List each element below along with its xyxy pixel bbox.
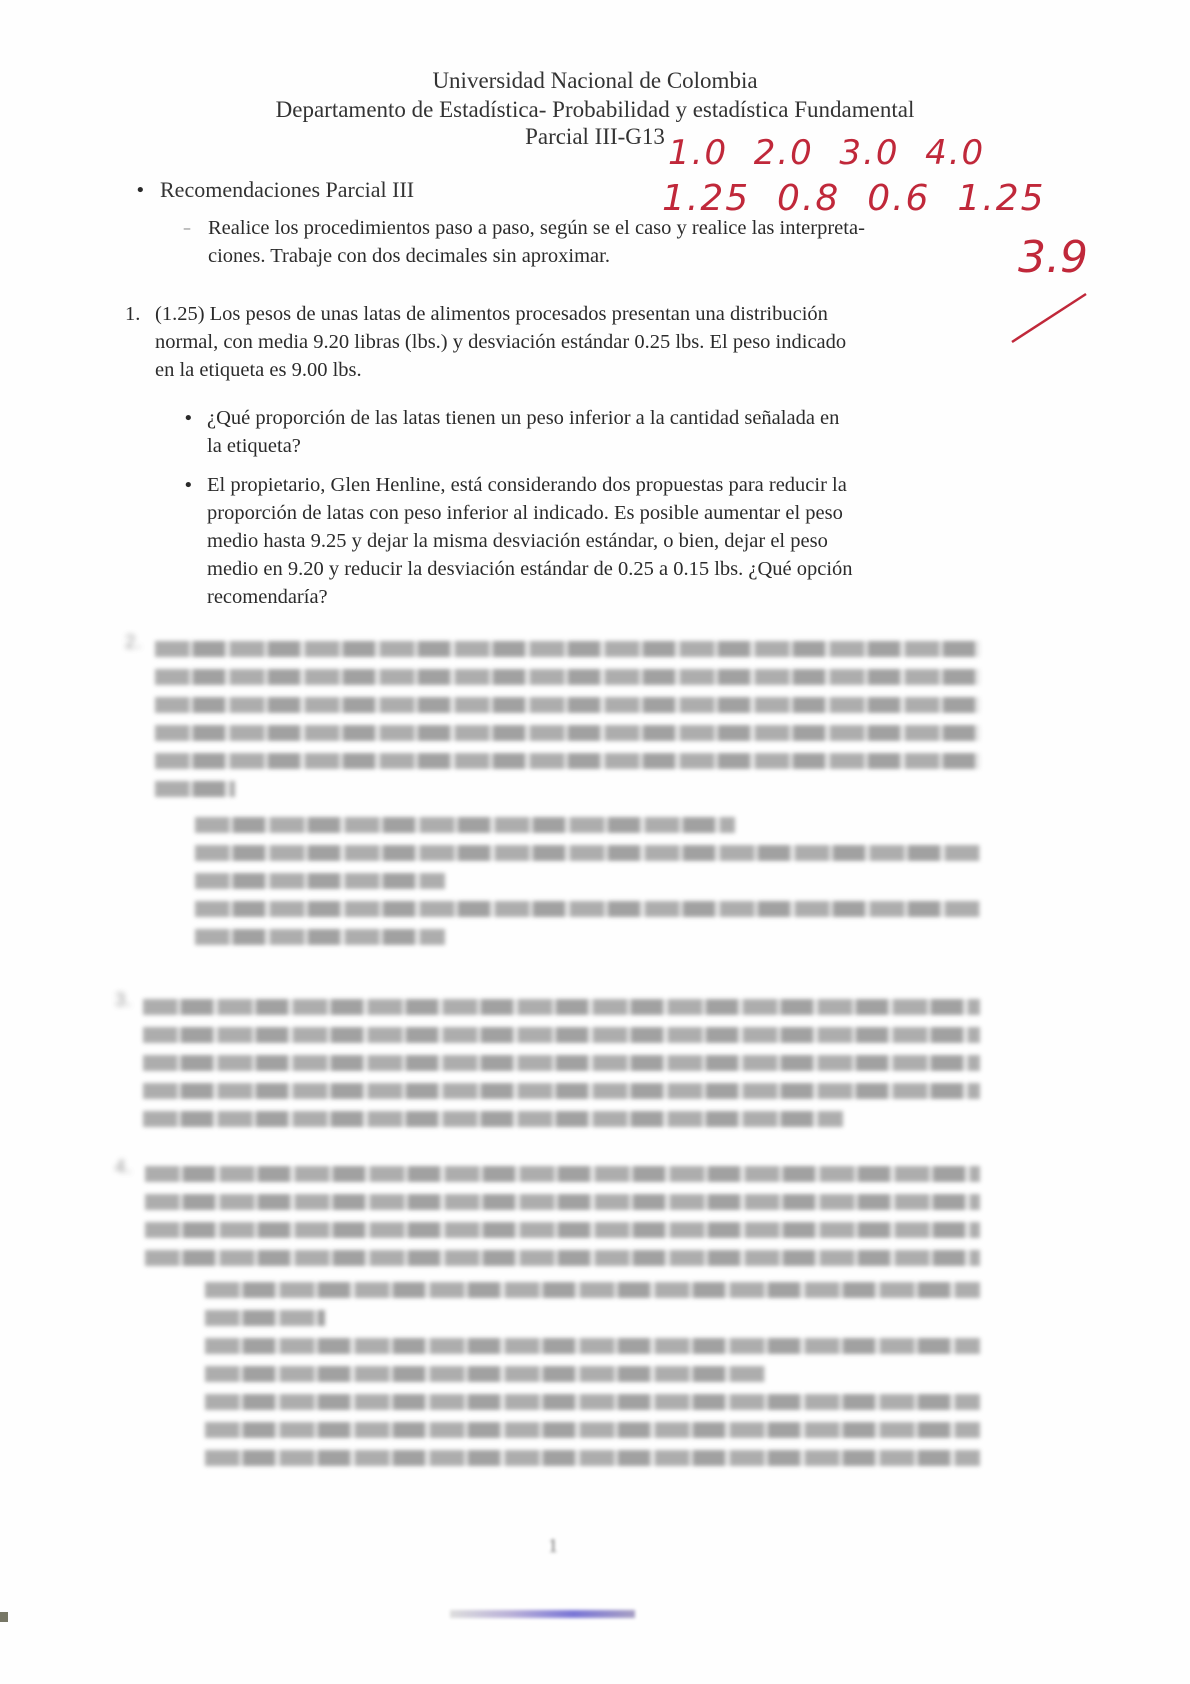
recommendations-title: Recomendaciones Parcial III: [160, 177, 414, 203]
question-1b-line: proporción de latas con peso inferior al…: [207, 499, 853, 527]
scan-artifact: [450, 1610, 635, 1618]
question-4-redacted: 4.: [115, 1160, 980, 1478]
question-2-redacted: 2.: [125, 635, 980, 957]
question-1-points: (1.25): [155, 303, 205, 325]
score-q3: 0.6: [867, 178, 930, 219]
question-1b: El propietario, Glen Henline, está consi…: [207, 471, 853, 611]
dash-icon: –: [183, 218, 191, 237]
bullet-icon: •: [183, 475, 194, 496]
handwritten-max-points: 1.0 2.0 3.0 4.0: [668, 133, 985, 173]
max-q1: 1.0: [668, 133, 728, 173]
page-number: 1: [548, 1535, 558, 1558]
question-4-number: 4.: [115, 1154, 132, 1182]
score-q2: 0.8: [777, 178, 840, 219]
bullet-icon: •: [183, 408, 194, 429]
question-3-number: 3.: [115, 987, 132, 1015]
max-q3: 3.0: [839, 133, 899, 173]
scan-artifact: [0, 1612, 8, 1622]
question-1-line: Los pesos de unas latas de alimentos pro…: [210, 303, 828, 325]
question-1-line: normal, con media 9.20 libras (lbs.) y d…: [155, 328, 975, 356]
bullet-icon: •: [135, 180, 146, 201]
question-1-line: en la etiqueta es 9.00 lbs.: [155, 356, 975, 384]
question-1-number: 1.: [125, 300, 140, 328]
score-q1: 1.25: [662, 178, 750, 219]
max-q4: 4.0: [925, 133, 985, 173]
handwritten-total-grade: 3.9: [1018, 232, 1088, 283]
department-name: Departamento de Estadística- Probabilida…: [0, 97, 1190, 123]
question-1a: ¿Qué proporción de las latas tienen un p…: [207, 404, 839, 460]
question-1a-line: la etiqueta?: [207, 432, 839, 460]
handwritten-scores: 1.25 0.8 0.6 1.25: [662, 178, 1046, 219]
recommendation-line-2: ciones. Trabaje con dos decimales sin ap…: [208, 242, 610, 270]
question-1b-line: recomendaría?: [207, 583, 853, 611]
university-name: Universidad Nacional de Colombia: [0, 68, 1190, 94]
question-1b-line: medio hasta 9.25 y dejar la misma desvia…: [207, 527, 853, 555]
score-q4: 1.25: [957, 178, 1045, 219]
question-1b-line: El propietario, Glen Henline, está consi…: [207, 471, 853, 499]
question-1b-line: medio en 9.20 y reducir la desviación es…: [207, 555, 853, 583]
question-2-number: 2.: [125, 629, 142, 657]
question-3-redacted: 3.: [115, 993, 980, 1139]
max-q2: 2.0: [754, 133, 814, 173]
grade-underline-icon: [1010, 290, 1090, 350]
recommendation-line-1: Realice los procedimientos paso a paso, …: [208, 214, 865, 242]
exam-title: Parcial III-G13: [0, 124, 1190, 150]
question-1-statement: (1.25) Los pesos de unas latas de alimen…: [155, 300, 975, 384]
question-1a-line: ¿Qué proporción de las latas tienen un p…: [207, 404, 839, 432]
